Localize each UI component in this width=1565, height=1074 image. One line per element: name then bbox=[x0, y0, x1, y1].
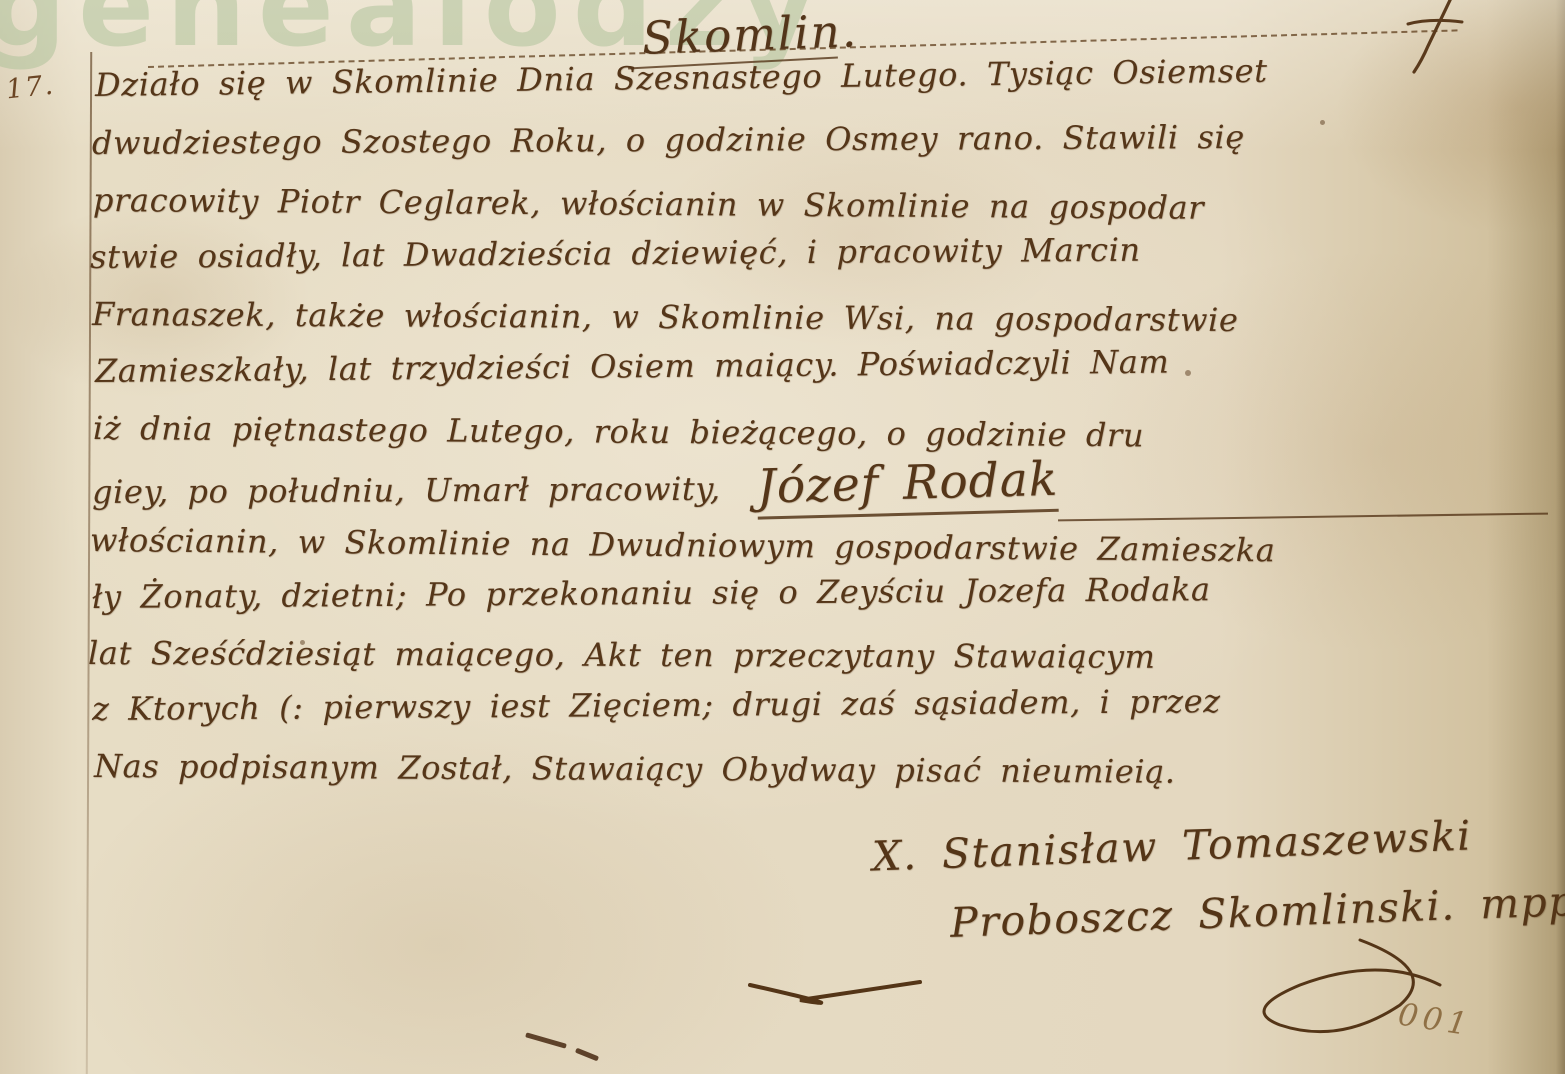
line8-text: giey, po południu, Umarł pracowity, bbox=[92, 470, 721, 511]
manuscript-line: pracowity Piotr Ceglarek, włościanin w S… bbox=[93, 181, 1204, 227]
manuscript-line: Zamieszkały, lat trzydzieści Osiem maiąc… bbox=[95, 343, 1170, 390]
manuscript-line: iż dnia piętnastego Lutego, roku bieżące… bbox=[93, 409, 1144, 454]
ink-speck bbox=[300, 640, 305, 645]
manuscript-page: { "document": { "record_number": "17.", … bbox=[0, 0, 1565, 1074]
signature-flourish bbox=[740, 930, 1460, 1064]
ink-speck bbox=[1185, 370, 1191, 376]
manuscript-line: lat Sześćdziesiąt maiącego, Akt ten prze… bbox=[88, 634, 1156, 676]
manuscript-line: giey, po południu, Umarł pracowity, Józe… bbox=[92, 455, 1059, 520]
deceased-name: Józef Rodak bbox=[757, 452, 1060, 520]
manuscript-line: dwudziestego Szostego Roku, o godzinie O… bbox=[92, 118, 1245, 162]
priest-signature-name: X. Stanisław Tomaszewski bbox=[871, 812, 1472, 881]
manuscript-line: stwie osiadły, lat Dwadzieścia dziewięć,… bbox=[90, 231, 1141, 276]
ink-speck bbox=[1320, 120, 1325, 125]
parish-heading: Skomlin. bbox=[641, 4, 859, 65]
record-number: 17. bbox=[5, 70, 57, 106]
cross-mark-icon bbox=[1400, 0, 1470, 74]
manuscript-line: z Ktorych (: pierwszy iest Zięciem; drug… bbox=[92, 682, 1221, 728]
manuscript-line: Nas podpisanym Został, Stawaiący Obydway… bbox=[94, 747, 1176, 791]
manuscript-line: ły Żonaty, dzietni; Po przekonaniu się o… bbox=[92, 570, 1211, 616]
margin-rule-line bbox=[86, 52, 92, 1074]
deceased-name-underline bbox=[1058, 513, 1548, 522]
manuscript-line: Franaszek, także włościanin, w Skomlinie… bbox=[92, 295, 1239, 339]
manuscript-line: włościanin, w Skomlinie na Dwudniowym go… bbox=[90, 521, 1276, 569]
ink-mark bbox=[525, 1032, 567, 1048]
ink-mark bbox=[575, 1048, 599, 1062]
